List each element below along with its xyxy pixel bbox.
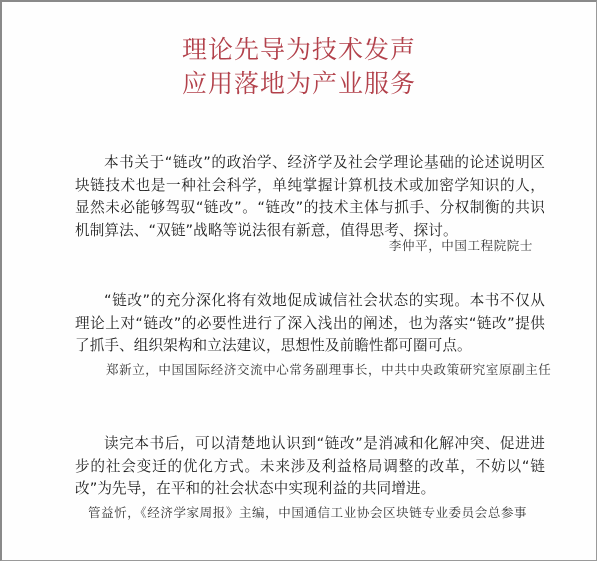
book-back-cover: 理论先导为技术发声 应用落地为产业服务 本书关于“链改”的政治学、经济学及社会学…: [0, 0, 597, 561]
title-line-2: 应用落地为产业服务: [2, 67, 596, 101]
endorsement-signature-3: 管益忻，《经济学家周报》主编，中国通信工业协会区块链专业委员会总参事: [88, 503, 527, 521]
endorsement-text-1: 本书关于“链改”的政治学、经济学及社会学理论基础的论述说明区块链技术也是一种社会…: [75, 152, 545, 242]
page-title: 理论先导为技术发声 应用落地为产业服务: [2, 33, 596, 101]
endorsement-text-3: 读完本书后，可以清楚地认识到“链改”是消减和化解冲突、促进进步的社会变迁的优化方…: [75, 433, 545, 501]
endorsement-signature-1: 李仲平，中国工程院院士: [389, 236, 533, 254]
endorsement-text-2: “链改”的充分深化将有效地促成诚信社会状态的实现。本书不仅从理论上对“链改”的必…: [75, 290, 545, 358]
endorsement-signature-2: 郑新立，中国国际经济交流中心常务副理事长，中共中央政策研究室原副主任: [106, 360, 551, 378]
title-line-1: 理论先导为技术发声: [2, 33, 596, 67]
